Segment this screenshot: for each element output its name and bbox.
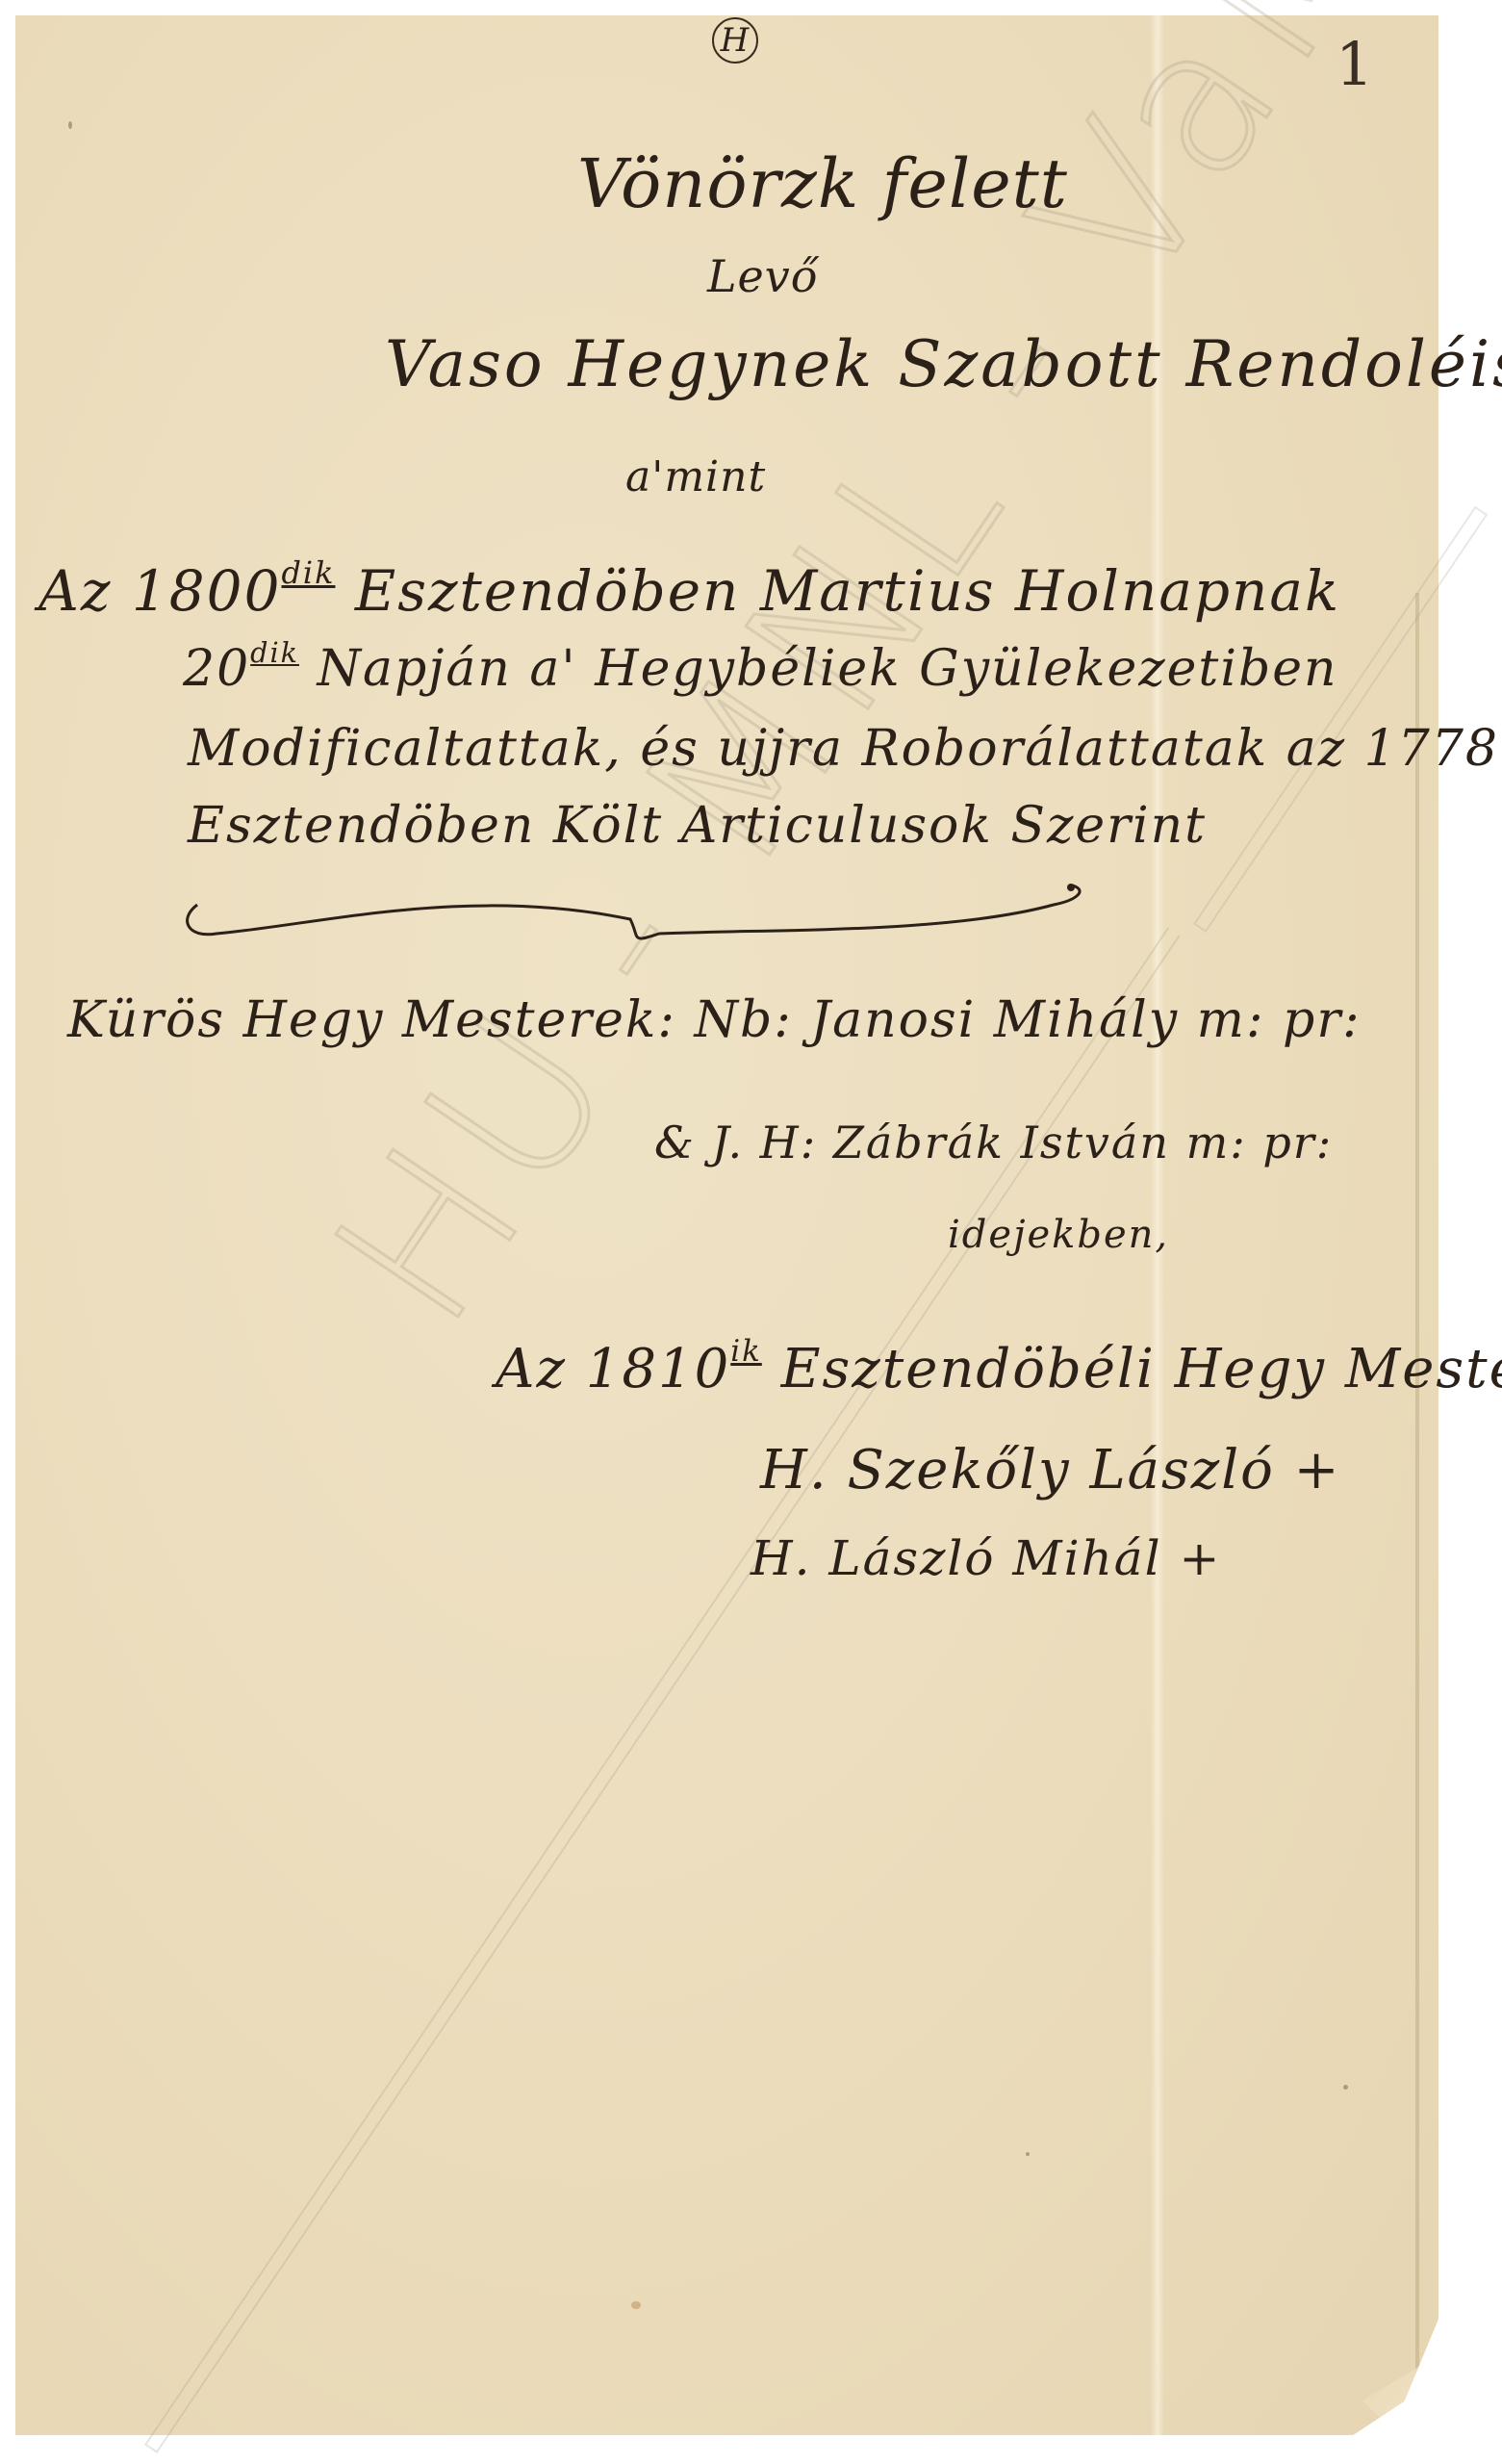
body-line-1: Az 1800dik Esztendöben Martius Holnapnak <box>38 558 1340 624</box>
heading-suffix: a'mint <box>625 452 766 501</box>
signature-1: H. Szekőly László + <box>760 1439 1341 1501</box>
paper-speck <box>1026 2152 1030 2156</box>
paper-speck <box>1343 2085 1348 2090</box>
paper-speck <box>68 121 72 129</box>
officials-line-2: & J. H: Zábrák István m: pr: <box>654 1116 1333 1168</box>
ornamental-flourish <box>178 866 1102 953</box>
ordinal-suffix: dik <box>282 554 336 591</box>
paper-edge-line <box>1415 593 1419 2422</box>
body-line-1-rest: Esztendöben Martius Holnapnak <box>355 558 1340 624</box>
body-line-3: Modificaltattak, és ujjra Roborálattatak… <box>188 720 1499 778</box>
document-title: Vönörzk felett <box>577 144 1068 223</box>
body-line-2-rest: Napján a' Hegybéliek Gyülekezetiben <box>317 640 1337 698</box>
ordinal-suffix: dik <box>250 636 299 669</box>
body-line-2: 20dik Napján a' Hegybéliek Gyülekezetibe… <box>183 640 1338 698</box>
document-subtitle: Levő <box>707 250 818 302</box>
header-mark: H <box>712 17 758 64</box>
document-heading: Vaso Hegynek Szabott Rendoléisci <box>385 327 1502 401</box>
paper-speck <box>631 2301 641 2309</box>
body-line-1-prefix: Az 1800 <box>38 558 282 624</box>
body-line-2-prefix: 20 <box>183 640 250 698</box>
signatures-intro-rest: Esztendöbéli Hegy Mesterey <box>781 1338 1502 1400</box>
body-line-4: Esztendöben Költ Articulusok Szerint <box>188 797 1207 855</box>
officials-line-1: Kürös Hegy Mesterek: Nb: Janosi Mihály m… <box>67 991 1362 1049</box>
folded-corner <box>1362 2354 1439 2431</box>
signatures-intro: Az 1810ik Esztendöbéli Hegy Mesterey <box>496 1338 1502 1400</box>
page-number: 1 <box>1336 29 1374 99</box>
signature-2: H. László Mihál + <box>751 1530 1221 1586</box>
ordinal-suffix: ik <box>730 1334 762 1369</box>
signatures-intro-prefix: Az 1810 <box>496 1338 730 1400</box>
officials-line-3: idejekben, <box>948 1213 1169 1257</box>
